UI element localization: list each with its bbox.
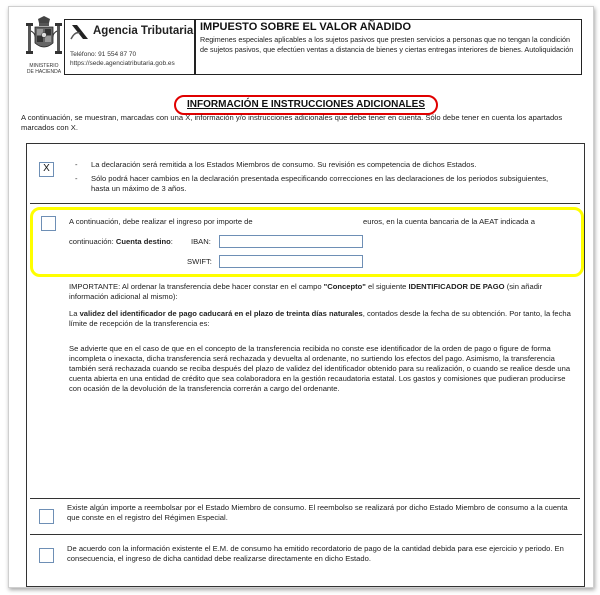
importante-mid: el siguiente [366,282,409,291]
section-title-text: INFORMACIÓN E INSTRUCCIONES ADICIONALES [176,97,436,113]
item3-checkbox[interactable] [39,509,54,524]
coat-of-arms-icon [21,15,67,61]
agency-logo-icon [70,23,90,41]
item2-text-before: A continuación, debe realizar el ingreso… [69,217,253,227]
section-intro: A continuación, se muestran, marcadas co… [21,113,586,133]
importante-note: IMPORTANTE: Al ordenar la transferencia … [69,282,574,302]
tax-description: Regimenes especiales aplicables a los su… [200,35,575,55]
ministry-label: MINISTERIO DE HACIENDA [21,63,67,75]
validez-bold: validez del identificador de pago caduca… [80,309,363,318]
item2-continuation: continuación: Cuenta destino: [69,237,173,247]
item4-checkbox[interactable] [39,548,54,563]
ministry-label-line2: DE HACIENDA [21,69,67,75]
agency-url[interactable]: https://sede.agenciatributaria.gob.es [70,60,175,67]
item2-text-after: euros, en la cuenta bancaria de la AEAT … [363,217,535,227]
iban-field[interactable] [219,235,363,248]
item3-text: Existe algún importe a reembolsar por el… [67,503,572,523]
agency-box: Agencia Tributaria Teléfono: 91 554 87 7… [64,19,195,75]
item1-checkbox[interactable]: X [39,162,54,177]
section-title: INFORMACIÓN E INSTRUCCIONES ADICIONALES [174,95,438,115]
identificador-label: IDENTIFICADOR DE PAGO [409,282,505,291]
item4-text: De acuerdo con la información existente … [67,544,577,564]
concepto-label: "Concepto" [324,282,366,291]
instructions-box: X - La declaración será remitida a los E… [26,143,585,587]
item1-line2: Sólo podrá hacer cambios en la declaraci… [91,174,551,194]
item1-bullet2: - [75,174,78,184]
importante-pre: IMPORTANTE: Al ordenar la transferencia … [69,282,324,291]
divider [30,534,582,535]
iban-label: IBAN: [191,237,211,247]
agency-name: Agencia Tributaria [93,25,193,37]
swift-label: SWIFT: [187,257,212,267]
divider [30,203,580,204]
document-page: MINISTERIO DE HACIENDA Agencia Tributari… [8,6,594,588]
validez-pre: La [69,309,80,318]
ministry-crest: MINISTERIO DE HACIENDA [21,15,67,77]
divider [30,498,580,499]
tax-title: IMPUESTO SOBRE EL VALOR AÑADIDO [200,21,411,33]
tax-header-box: IMPUESTO SOBRE EL VALOR AÑADIDO Regimene… [195,19,582,75]
validez-note: La validez del identificador de pago cad… [69,309,574,329]
continuation-label: continuación: [69,237,114,246]
item1-bullet1: - [75,160,78,170]
swift-field[interactable] [219,255,363,268]
advertencia-note: Se advierte que en el caso de que en el … [69,344,574,394]
cuenta-destino-label: Cuenta destino [116,237,171,246]
item1-line1: La declaración será remitida a los Estad… [91,160,571,170]
agency-phone: Teléfono: 91 554 87 70 [70,51,136,58]
item2-checkbox[interactable] [41,216,56,231]
